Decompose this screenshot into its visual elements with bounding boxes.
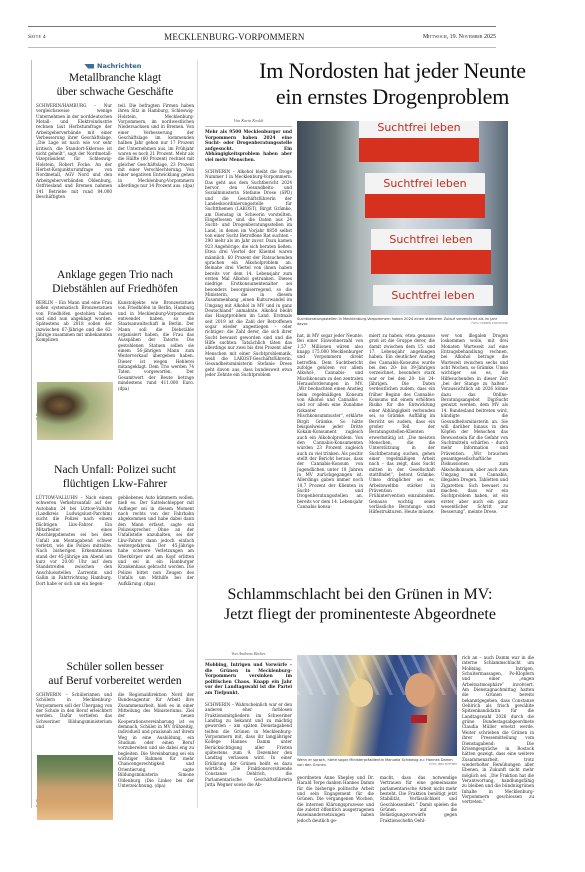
article-text: teil. Die befragten Firmen haben ihren S… <box>118 103 194 189</box>
lead-headline[interactable]: Im Nordosten hat jeder Neunteein ernstes… <box>200 58 585 110</box>
article-text: BERLIN – Ein Mann und eine Frau sollen s… <box>36 300 112 343</box>
byline: Von Andreas Becker <box>205 651 292 660</box>
second-col3: macht, dass das notwendige Vertrauen für… <box>380 775 457 823</box>
lead-col3: miert zu haben, etwa genauso groß ist di… <box>369 333 435 573</box>
issue-date: Mittwoch, 19. November 2025 <box>423 34 496 40</box>
kicker-label: Nachrichten <box>97 62 141 70</box>
hannes-damm-photo <box>297 655 457 756</box>
headline[interactable]: Schüler sollen besserauf Beruf vorbereit… <box>36 660 194 688</box>
headline[interactable]: Metallbranche klagtüber schwache Geschäf… <box>36 71 194 99</box>
article-text: LÜTTOW-VALLUHN – Nach einem schweren Ver… <box>36 495 112 586</box>
article-unfall: Nach Unfall: Polizei suchtflüchtigen Lkw… <box>36 463 194 615</box>
byline: Von Karin Koslik <box>205 118 292 127</box>
suchtfrei-photo: Suchtfrei leben Suchtfrei leben Suchtfre… <box>297 121 508 315</box>
lead-col4: wer von illegalen Drogen loskommen wolle… <box>441 333 508 573</box>
second-intro-column: Von Andreas Becker Mobbing, Intrigen und… <box>205 651 292 832</box>
article-text: gebliebenes Auto kümmern wollen, hieß es… <box>118 495 194 586</box>
second-headline[interactable]: Schlammschlacht bei den Grünen in MV:Jet… <box>200 585 520 625</box>
page-number: Seite 4 <box>28 34 46 40</box>
left-border-rule <box>31 60 32 808</box>
lead-intro-column: Von Karin Koslik Mehr als 9500 Mecklenbu… <box>205 118 292 624</box>
classroom-photo <box>37 755 113 820</box>
second-photo-caption: Wenn er sprach, hörte sogar Ministerpräs… <box>297 758 457 767</box>
article-text: die Regionaldirektion Nord der Bundesage… <box>118 692 194 788</box>
news-kicker: Nachrichten <box>84 62 141 70</box>
second-col4: rich an – auch Damm war in die interne S… <box>462 655 534 825</box>
lead-photo-caption: Suchtberatungsstellen in Mecklenburg-Vor… <box>297 317 508 326</box>
lead-col2: hat, in MV sogar jeder Neunte. Bei einer… <box>297 333 363 573</box>
second-col2: geordneten Anne Shepley und Dr. Harald T… <box>297 775 374 823</box>
lead-intro: Mobbing, Intrigen und Vorwürfe – die Grü… <box>205 663 292 696</box>
column-divider <box>197 60 198 808</box>
article-metallbranche: Metallbranche klagtüber schwache Geschäf… <box>36 71 194 279</box>
headline[interactable]: Nach Unfall: Polizei suchtflüchtigen Lkw… <box>36 463 194 491</box>
article-text: SCHWERIN – Wahrscheinlich war er den and… <box>205 702 292 788</box>
article-text: Kunstobjekte wie Bronzestatuen von Fried… <box>118 300 194 391</box>
article-text: SCHWERIN/HAMBURG – Nur vergleichsweise w… <box>36 103 112 199</box>
article-text: SCHWERIN – Schülerinnen und Schülern in … <box>36 692 112 729</box>
statue-photo <box>37 382 113 440</box>
lead-intro: Mehr als 9500 Mecklenburger und Vorpomme… <box>205 130 292 163</box>
article-text: SCHWERIN – Alkohol bleibt die Droge Numm… <box>205 169 292 377</box>
headline[interactable]: Anklage gegen Trio nachDiebstählen auf F… <box>36 268 194 296</box>
page-header: Seite 4 MECKLENBURG-VORPOMMERN Mittwoch,… <box>28 26 496 48</box>
flag-icon <box>84 64 94 69</box>
section-title: MECKLENBURG-VORPOMMERN <box>164 32 304 42</box>
